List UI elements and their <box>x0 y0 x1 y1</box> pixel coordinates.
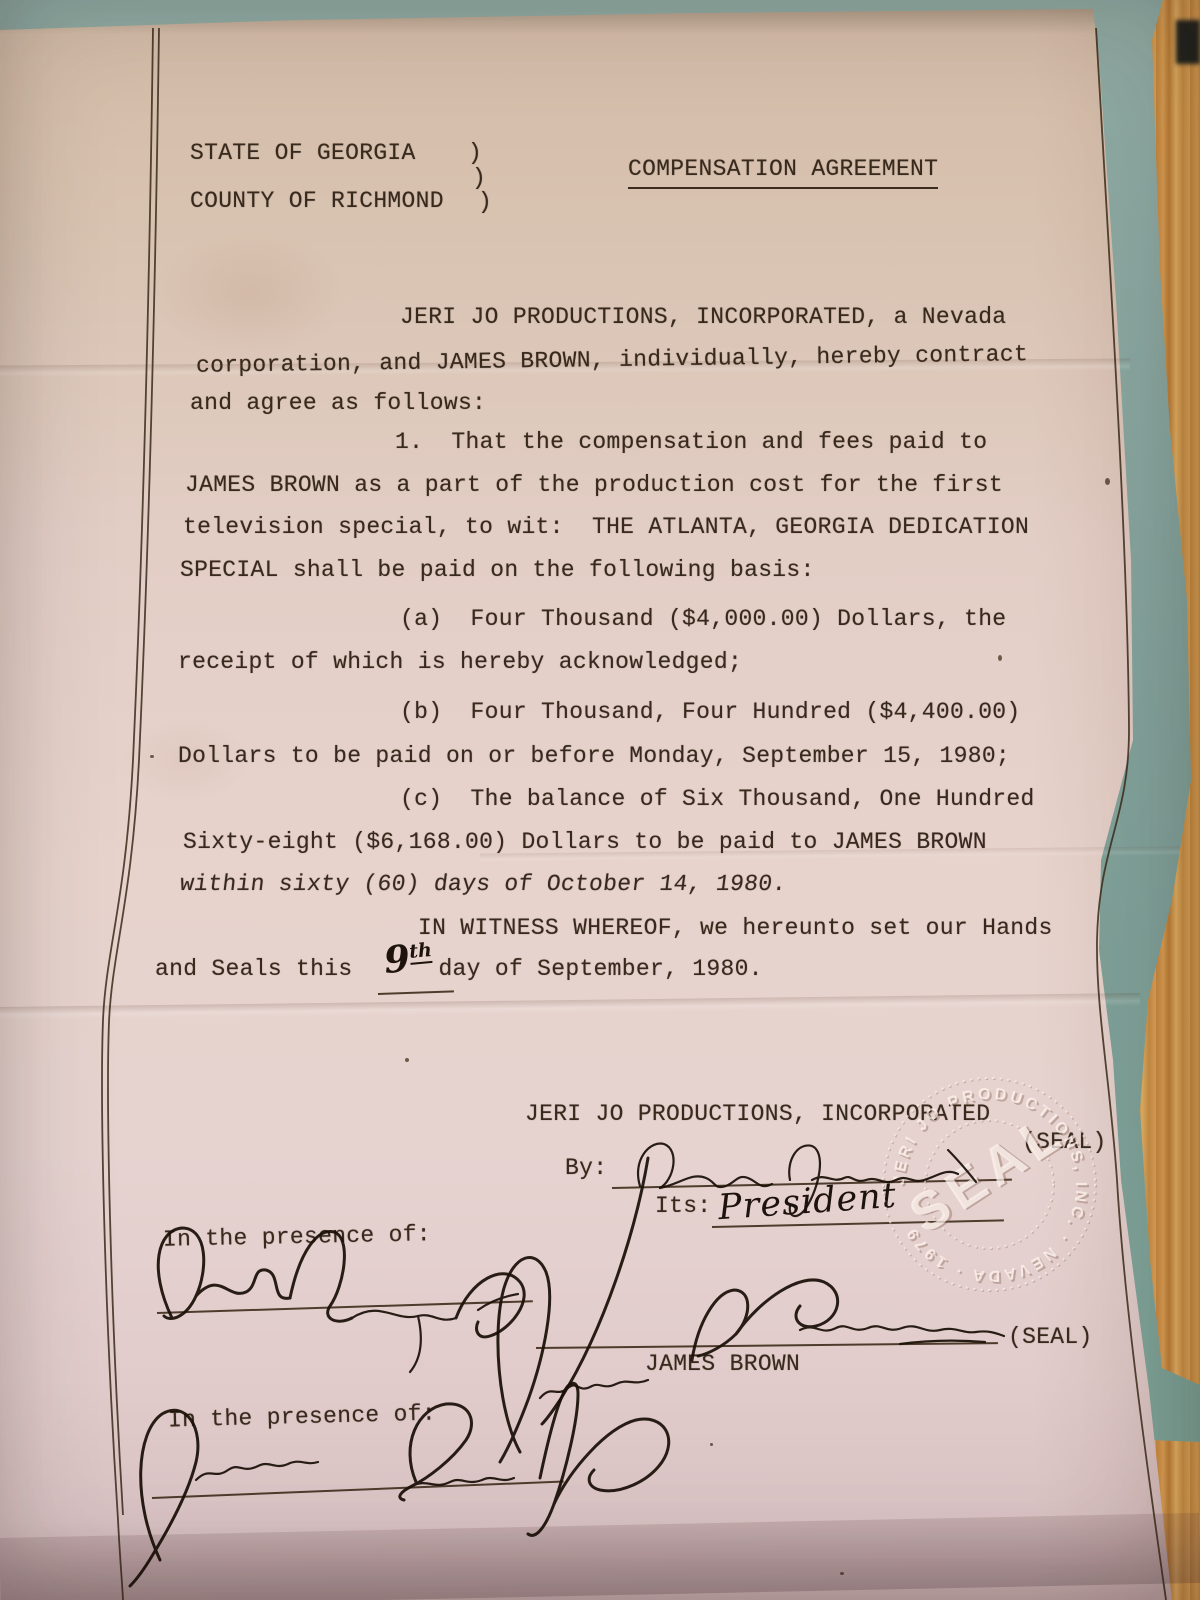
body-line: (b) Four Thousand, Four Hundred ($4,400.… <box>400 701 1021 724</box>
shadow-corner <box>1176 20 1200 64</box>
body-line: television special, to wit: THE ATLANTA,… <box>183 516 1029 539</box>
body-line: JERI JO PRODUCTIONS, INCORPORATED, a Nev… <box>400 306 1006 329</box>
body-line: and agree as follows: <box>190 392 486 415</box>
body-line: JAMES BROWN as a part of the production … <box>185 474 1003 497</box>
county-line: COUNTY OF RICHMOND <box>190 190 444 213</box>
body-line: SPECIAL shall be paid on the following b… <box>180 559 815 582</box>
body-line: 1. That the compensation and fees paid t… <box>395 431 987 454</box>
handwritten-day: 9th <box>382 934 434 982</box>
presence-label-1: In the presence of: <box>163 1223 431 1252</box>
dust-speck <box>840 1572 844 1575</box>
seal-label: (SEAL) <box>1022 1131 1107 1154</box>
seal-label-2: (SEAL) <box>1008 1326 1093 1349</box>
body-line: (a) Four Thousand ($4,000.00) Dollars, t… <box>400 608 1006 631</box>
body-line: within sixty (60) days of October 14, 19… <box>179 873 788 896</box>
body-line: receipt of which is hereby acknowledged; <box>178 651 742 674</box>
date-line-suffix: day of September, 1980. <box>438 956 762 982</box>
dust-speck <box>998 655 1002 661</box>
paren: ) <box>468 142 482 165</box>
dust-speck <box>150 755 154 758</box>
dust-speck <box>1105 478 1110 485</box>
by-label: By: <box>565 1157 607 1180</box>
dust-speck <box>710 1443 713 1446</box>
body-line: IN WITNESS WHEREOF, we hereunto set our … <box>418 917 1053 940</box>
day-digit: 9 <box>382 936 411 982</box>
day-suffix: th <box>408 939 433 965</box>
paren: ) <box>472 167 486 190</box>
document-photo: STATE OF GEORGIA ) ) COUNTY OF RICHMOND … <box>0 0 1200 1600</box>
body-line: (c) The balance of Six Thousand, One Hun… <box>400 788 1035 811</box>
its-label: Its: <box>655 1195 711 1218</box>
company-name: JERI JO PRODUCTIONS, INCORPORATED <box>525 1103 990 1126</box>
paren: ) <box>478 191 492 214</box>
document-title: COMPENSATION AGREEMENT <box>628 158 938 189</box>
date-line-prefix: and Seals this <box>155 956 352 982</box>
body-line: Sixty-eight ($6,168.00) Dollars to be pa… <box>183 831 987 854</box>
body-line: Dollars to be paid on or before Monday, … <box>178 745 1010 768</box>
state-line: STATE OF GEORGIA <box>190 142 416 165</box>
dust-speck <box>405 1058 409 1062</box>
principal-name: JAMES BROWN <box>645 1353 800 1376</box>
date-line: and Seals thisday of September, 1980. <box>155 958 763 981</box>
